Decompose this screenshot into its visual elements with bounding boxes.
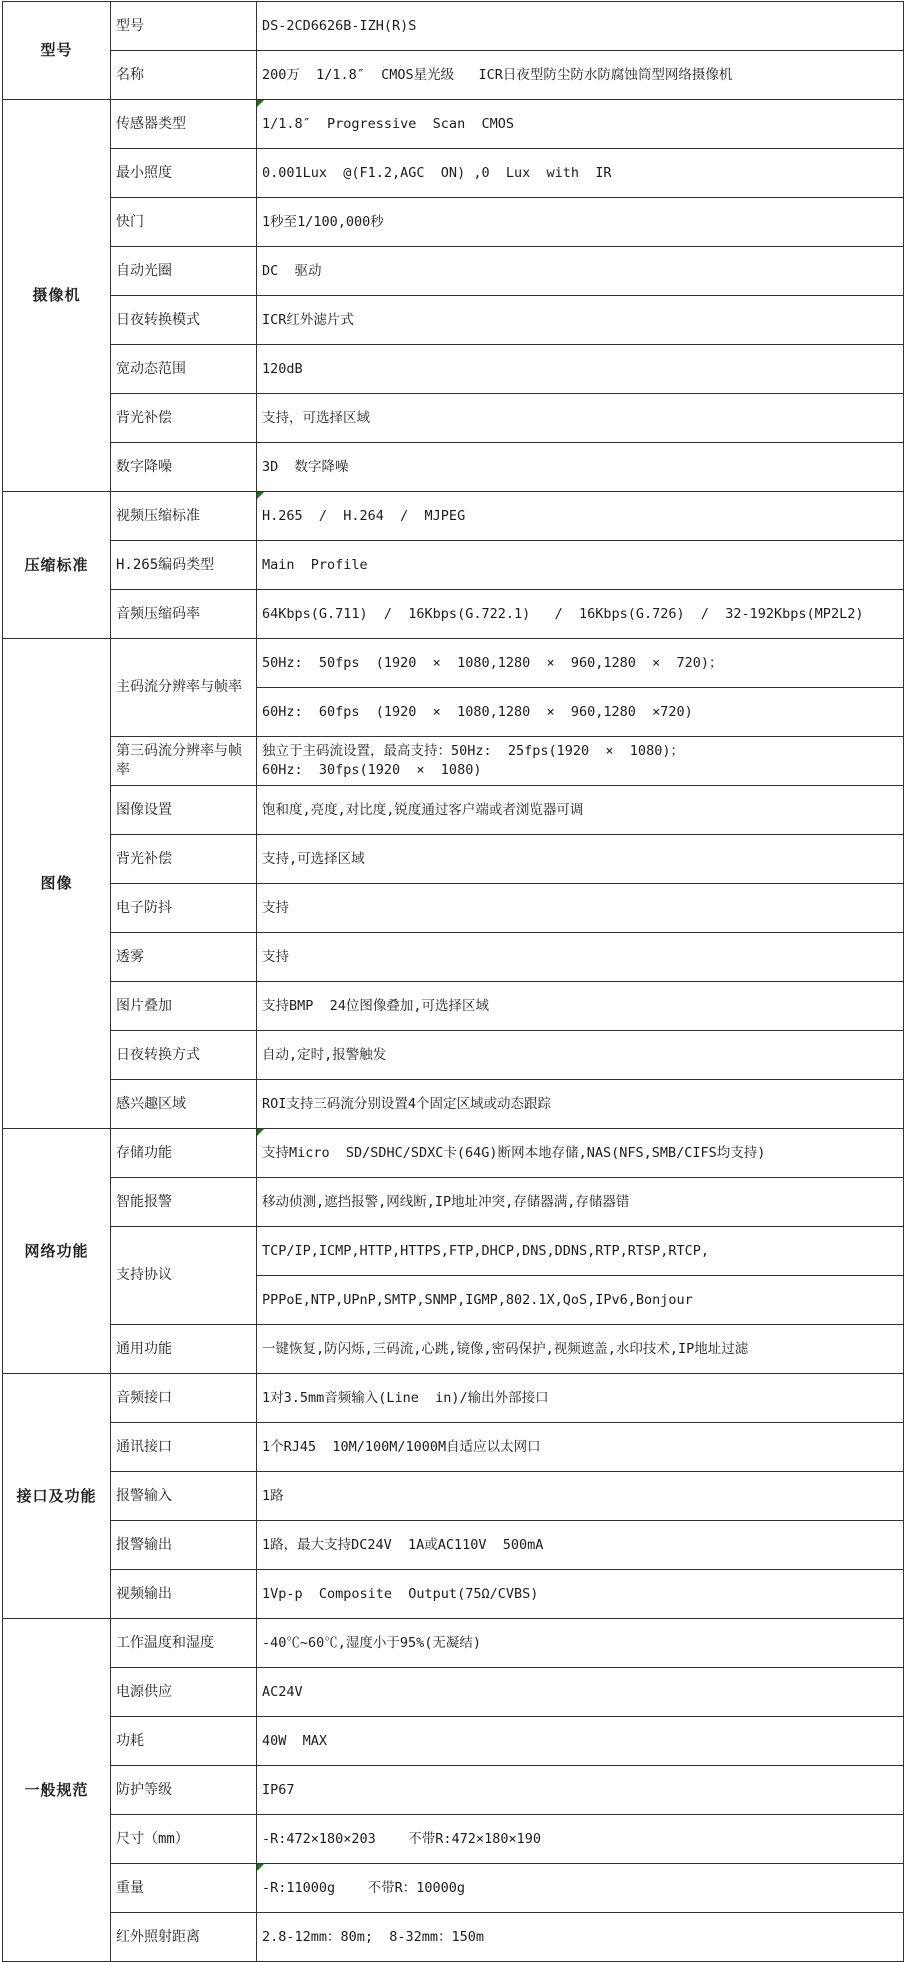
table-row: 图片叠加 支持BMP 24位图像叠加,可选择区域 xyxy=(3,982,904,1031)
table-row: 接口及功能 音频接口 1对3.5mm音频输入(Line in)/输出外部接口 xyxy=(3,1374,904,1423)
spec-value: 支持 xyxy=(257,884,904,933)
spec-label: 视频压缩标准 xyxy=(111,492,257,541)
spec-value: H.265 / H.264 / MJPEG xyxy=(257,492,904,541)
spec-label: 传感器类型 xyxy=(111,100,257,149)
spec-value: 1秒至1/100,000秒 xyxy=(257,198,904,247)
table-row: 快门 1秒至1/100,000秒 xyxy=(3,198,904,247)
spec-value: 1Vp-p Composite Output(75Ω/CVBS) xyxy=(257,1570,904,1619)
table-row: 支持协议 TCP/IP,ICMP,HTTP,HTTPS,FTP,DHCP,DNS… xyxy=(3,1227,904,1276)
spec-label: 支持协议 xyxy=(111,1227,257,1325)
spec-value: 移动侦测,遮挡报警,网线断,IP地址冲突,存储器满,存储器错 xyxy=(257,1178,904,1227)
table-row: 防护等级 IP67 xyxy=(3,1766,904,1815)
category-cell-model: 型号 xyxy=(3,2,111,100)
spec-label: 音频压缩码率 xyxy=(111,590,257,639)
spec-label: 电源供应 xyxy=(111,1668,257,1717)
green-corner-marker-icon xyxy=(257,492,264,499)
spec-value: -R:472×180×203 不带R:472×180×190 xyxy=(257,1815,904,1864)
table-row: 尺寸（mm） -R:472×180×203 不带R:472×180×190 xyxy=(3,1815,904,1864)
spec-value: 支持 xyxy=(257,933,904,982)
spec-value: 一键恢复,防闪烁,三码流,心跳,镜像,密码保护,视频遮盖,水印技术,IP地址过滤 xyxy=(257,1325,904,1374)
spec-value: 支持,可选择区域 xyxy=(257,835,904,884)
spec-value: 1个RJ45 10M/100M/1000M自适应以太网口 xyxy=(257,1423,904,1472)
spec-label: 重量 xyxy=(111,1864,257,1913)
table-row: 红外照射距离 2.8-12mm：80m; 8-32mm：150m xyxy=(3,1913,904,1962)
spec-label: 图片叠加 xyxy=(111,982,257,1031)
spec-label: 型号 xyxy=(111,2,257,51)
spec-label: 音频接口 xyxy=(111,1374,257,1423)
spec-value: DC 驱动 xyxy=(257,247,904,296)
spec-value: 64Kbps(G.711) / 16Kbps(G.722.1) / 16Kbps… xyxy=(257,590,904,639)
table-row: H.265编码类型 Main Profile xyxy=(3,541,904,590)
spec-label: 红外照射距离 xyxy=(111,1913,257,1962)
table-row: 通用功能 一键恢复,防闪烁,三码流,心跳,镜像,密码保护,视频遮盖,水印技术,I… xyxy=(3,1325,904,1374)
spec-label: 功耗 xyxy=(111,1717,257,1766)
table-row: 日夜转换模式 ICR红外滤片式 xyxy=(3,296,904,345)
table-row: 摄像机 传感器类型 1/1.8″ Progressive Scan CMOS xyxy=(3,100,904,149)
table-row: 报警输入 1路 xyxy=(3,1472,904,1521)
category-cell-image: 图像 xyxy=(3,639,111,1129)
green-corner-marker-icon xyxy=(257,1864,264,1871)
spec-value: 1/1.8″ Progressive Scan CMOS xyxy=(257,100,904,149)
spec-label: 快门 xyxy=(111,198,257,247)
spec-label: 背光补偿 xyxy=(111,394,257,443)
spec-value: 饱和度,亮度,对比度,锐度通过客户端或者浏览器可调 xyxy=(257,786,904,835)
spec-label: 存储功能 xyxy=(111,1129,257,1178)
table-row: 智能报警 移动侦测,遮挡报警,网线断,IP地址冲突,存储器满,存储器错 xyxy=(3,1178,904,1227)
table-row: 宽动态范围 120dB xyxy=(3,345,904,394)
spec-label: 电子防抖 xyxy=(111,884,257,933)
category-cell-general: 一般规范 xyxy=(3,1619,111,1962)
spec-value: 支持，可选择区域 xyxy=(257,394,904,443)
spec-value: Main Profile xyxy=(257,541,904,590)
spec-label: 通讯接口 xyxy=(111,1423,257,1472)
spec-value: 1路，最大支持DC24V 1A或AC110V 500mA xyxy=(257,1521,904,1570)
spec-label: H.265编码类型 xyxy=(111,541,257,590)
table-row: 通讯接口 1个RJ45 10M/100M/1000M自适应以太网口 xyxy=(3,1423,904,1472)
category-cell-compression: 压缩标准 xyxy=(3,492,111,639)
spec-label: 透雾 xyxy=(111,933,257,982)
table-row: 压缩标准 视频压缩标准 H.265 / H.264 / MJPEG xyxy=(3,492,904,541)
spec-value: 50Hz: 50fps (1920 × 1080,1280 × 960,1280… xyxy=(257,639,904,688)
spec-label: 主码流分辨率与帧率 xyxy=(111,639,257,737)
spec-label: 感兴趣区域 xyxy=(111,1080,257,1129)
spec-value: 自动,定时,报警触发 xyxy=(257,1031,904,1080)
spec-label: 日夜转换模式 xyxy=(111,296,257,345)
spec-label: 背光补偿 xyxy=(111,835,257,884)
category-cell-camera: 摄像机 xyxy=(3,100,111,492)
spec-label: 第三码流分辨率与帧率 xyxy=(111,737,257,786)
spec-value: 支持BMP 24位图像叠加,可选择区域 xyxy=(257,982,904,1031)
spec-value: ICR红外滤片式 xyxy=(257,296,904,345)
table-row: 感兴趣区域 ROI支持三码流分别设置4个固定区域或动态跟踪 xyxy=(3,1080,904,1129)
category-cell-interface: 接口及功能 xyxy=(3,1374,111,1619)
table-row: 重量 -R:11000g 不带R：10000g xyxy=(3,1864,904,1913)
spec-value: 40W MAX xyxy=(257,1717,904,1766)
spec-label: 名称 xyxy=(111,51,257,100)
table-row: 报警输出 1路，最大支持DC24V 1A或AC110V 500mA xyxy=(3,1521,904,1570)
green-corner-marker-icon xyxy=(257,100,264,107)
spec-label: 视频输出 xyxy=(111,1570,257,1619)
table-row: 背光补偿 支持,可选择区域 xyxy=(3,835,904,884)
table-row: 透雾 支持 xyxy=(3,933,904,982)
table-row: 最小照度 0.001Lux @(F1.2,AGC ON) ,0 Lux with… xyxy=(3,149,904,198)
category-cell-network: 网络功能 xyxy=(3,1129,111,1374)
table-row: 背光补偿 支持，可选择区域 xyxy=(3,394,904,443)
table-row: 第三码流分辨率与帧率 独立于主码流设置，最高支持：50Hz: 25fps(192… xyxy=(3,737,904,786)
spec-value: TCP/IP,ICMP,HTTP,HTTPS,FTP,DHCP,DNS,DDNS… xyxy=(257,1227,904,1276)
spec-value: 1路 xyxy=(257,1472,904,1521)
spec-table: 型号 型号 DS-2CD6626B-IZH(R)S 名称 200万 1/1.8″… xyxy=(2,1,904,1962)
spec-value: 支持Micro SD/SDHC/SDXC卡(64G)断网本地存储,NAS(NFS… xyxy=(257,1129,904,1178)
table-row: 音频压缩码率 64Kbps(G.711) / 16Kbps(G.722.1) /… xyxy=(3,590,904,639)
spec-label: 数字降噪 xyxy=(111,443,257,492)
spec-value: ROI支持三码流分别设置4个固定区域或动态跟踪 xyxy=(257,1080,904,1129)
spec-label: 自动光圈 xyxy=(111,247,257,296)
table-row: 功耗 40W MAX xyxy=(3,1717,904,1766)
table-row: 图像 主码流分辨率与帧率 50Hz: 50fps (1920 × 1080,12… xyxy=(3,639,904,688)
table-row: 一般规范 工作温度和湿度 -40℃~60℃,湿度小于95%(无凝结) xyxy=(3,1619,904,1668)
spec-value: 3D 数字降噪 xyxy=(257,443,904,492)
spec-value: 独立于主码流设置，最高支持：50Hz: 25fps(1920 × 1080)； … xyxy=(257,737,904,786)
spec-value: 0.001Lux @(F1.2,AGC ON) ,0 Lux with IR xyxy=(257,149,904,198)
spec-value: DS-2CD6626B-IZH(R)S xyxy=(257,2,904,51)
spec-label: 最小照度 xyxy=(111,149,257,198)
table-row: 电子防抖 支持 xyxy=(3,884,904,933)
spec-label: 智能报警 xyxy=(111,1178,257,1227)
spec-value: 2.8-12mm：80m; 8-32mm：150m xyxy=(257,1913,904,1962)
table-row: 图像设置 饱和度,亮度,对比度,锐度通过客户端或者浏览器可调 xyxy=(3,786,904,835)
spec-label: 日夜转换方式 xyxy=(111,1031,257,1080)
spec-value: IP67 xyxy=(257,1766,904,1815)
table-row: 电源供应 AC24V xyxy=(3,1668,904,1717)
spec-value: -40℃~60℃,湿度小于95%(无凝结) xyxy=(257,1619,904,1668)
spec-value: 1对3.5mm音频输入(Line in)/输出外部接口 xyxy=(257,1374,904,1423)
spec-value: -R:11000g 不带R：10000g xyxy=(257,1864,904,1913)
spec-label: 报警输入 xyxy=(111,1472,257,1521)
table-row: 名称 200万 1/1.8″ CMOS星光级 ICR日夜型防尘防水防腐蚀筒型网络… xyxy=(3,51,904,100)
table-row: 网络功能 存储功能 支持Micro SD/SDHC/SDXC卡(64G)断网本地… xyxy=(3,1129,904,1178)
spec-label: 宽动态范围 xyxy=(111,345,257,394)
table-row: 自动光圈 DC 驱动 xyxy=(3,247,904,296)
table-row: 日夜转换方式 自动,定时,报警触发 xyxy=(3,1031,904,1080)
spec-label: 工作温度和湿度 xyxy=(111,1619,257,1668)
spec-label: 通用功能 xyxy=(111,1325,257,1374)
spec-label: 尺寸（mm） xyxy=(111,1815,257,1864)
spec-label: 图像设置 xyxy=(111,786,257,835)
table-row: 型号 型号 DS-2CD6626B-IZH(R)S xyxy=(3,2,904,51)
spec-label: 防护等级 xyxy=(111,1766,257,1815)
spec-value-text: 支持Micro SD/SDHC/SDXC卡(64G)断网本地存储,NAS(NFS… xyxy=(262,1145,765,1161)
spec-value: 200万 1/1.8″ CMOS星光级 ICR日夜型防尘防水防腐蚀筒型网络摄像机 xyxy=(257,51,904,100)
table-row: 数字降噪 3D 数字降噪 xyxy=(3,443,904,492)
spec-value-text: 1/1.8″ Progressive Scan CMOS xyxy=(262,116,514,132)
spec-value: 60Hz: 60fps (1920 × 1080,1280 × 960,1280… xyxy=(257,688,904,737)
spec-value: PPPoE,NTP,UPnP,SMTP,SNMP,IGMP,802.1X,QoS… xyxy=(257,1276,904,1325)
spec-label: 报警输出 xyxy=(111,1521,257,1570)
table-row: 视频输出 1Vp-p Composite Output(75Ω/CVBS) xyxy=(3,1570,904,1619)
green-corner-marker-icon xyxy=(257,1129,264,1136)
spec-value: AC24V xyxy=(257,1668,904,1717)
spec-value-text: -R:11000g 不带R：10000g xyxy=(262,1880,465,1896)
spec-value-text: H.265 / H.264 / MJPEG xyxy=(262,508,465,524)
spec-value: 120dB xyxy=(257,345,904,394)
